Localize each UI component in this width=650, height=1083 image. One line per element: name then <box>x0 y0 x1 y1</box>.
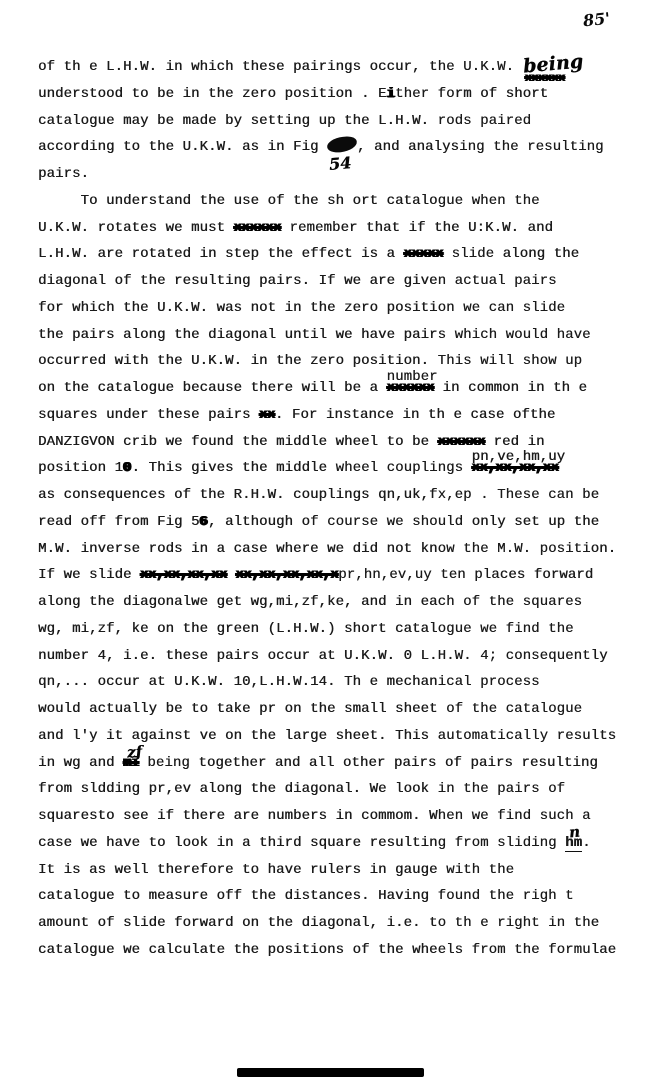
typed-text: It is as well therefore to have rulers i… <box>38 862 514 878</box>
text-line: for which the U.K.W. was not in the zero… <box>38 295 623 322</box>
typed-text: the pairs along the diagonal until we ha… <box>38 327 591 343</box>
text-line: amount of slide forward on the diagonal,… <box>38 910 623 937</box>
struck-out-text: xx <box>259 407 275 423</box>
text-line: squares under these pairs xx. For instan… <box>38 402 623 429</box>
handwritten-annotation: 54 <box>328 155 352 173</box>
typed-text: If we slide <box>38 567 140 583</box>
typed-text: squaresto see if there are numbers in co… <box>38 808 591 824</box>
struck-out-text: xxxxx <box>404 246 444 262</box>
corrected-text: 54 <box>327 134 357 161</box>
typed-text: pr,hn,ev,uy ten places forward <box>338 567 593 583</box>
scanned-document-page: { "page": { "number": "85'" }, "doc": { … <box>0 0 650 1083</box>
typed-text: according to the U.K.W. as in Fig <box>38 139 327 155</box>
typed-text-block: of th e L.H.W. in which these pairings o… <box>38 54 623 964</box>
typed-text: . <box>582 835 591 851</box>
typed-text: from sldding pr,ev along the diagonal. W… <box>38 781 565 797</box>
typed-text: amount of slide forward on the diagonal,… <box>38 915 599 931</box>
text-line: squaresto see if there are numbers in co… <box>38 803 623 830</box>
typed-text: . This gives the middle wheel couplings <box>132 460 472 476</box>
typed-text: catalogue we calculate the positions of … <box>38 942 616 958</box>
text-line: in wg and mizf being together and all ot… <box>38 750 623 777</box>
handwritten-annotation: zf <box>126 744 142 760</box>
typed-text: being together and all other pairs of pa… <box>139 755 598 771</box>
struck-out-text: xxxxxx <box>234 220 281 236</box>
typed-text: on the catalogue because there will be a <box>38 380 387 396</box>
text-line: U.K.W. rotates we must xxxxxx remember t… <box>38 215 623 242</box>
text-line: wg, mi,zf, ke on the green (L.H.W.) shor… <box>38 616 623 643</box>
typed-text: U.K.W. rotates we must <box>38 220 234 236</box>
typed-text: wg, mi,zf, ke on the green (L.H.W.) shor… <box>38 621 574 637</box>
typed-text: and l'y it against ve on the large sheet… <box>38 728 616 744</box>
text-line: L.H.W. are rotated in step the effect is… <box>38 241 623 268</box>
text-line: from sldding pr,ev along the diagonal. W… <box>38 776 623 803</box>
typed-text: M.W. inverse rods in a case where we did… <box>38 541 616 557</box>
struck-out-text: xx,xx,xx,xx <box>140 567 227 583</box>
typed-text: catalogue to measure off the distances. … <box>38 888 574 904</box>
typed-text: To understand the use of the sh ort cata… <box>38 193 540 209</box>
typed-text: diagonal of the resulting pairs. If we a… <box>38 273 557 289</box>
corrected-text: xxxxxxnumber <box>387 375 434 402</box>
text-line: qn,... occur at U.K.W. 10,L.H.W.14. Th e… <box>38 669 623 696</box>
typed-text: catalogue may be made by setting up the … <box>38 113 531 129</box>
text-line: catalogue may be made by setting up the … <box>38 108 623 135</box>
text-line: M.W. inverse rods in a case where we did… <box>38 536 623 563</box>
corrected-text: mizf <box>123 750 139 777</box>
typed-text: pairs. <box>38 166 89 182</box>
typed-text: position 1 <box>38 460 123 476</box>
text-line: number 4, i.e. these pairs occur at U.K.… <box>38 643 623 670</box>
typed-text: qn,... occur at U.K.W. 10,L.H.W.14. Th e… <box>38 674 540 690</box>
overtyped-character: 6 <box>200 514 209 530</box>
text-line: If we slide xx,xx,xx,xx xx,xx,xx,xx,xpr,… <box>38 562 623 589</box>
typed-text: slide along the <box>443 246 579 262</box>
overtyped-character: 0 <box>123 460 132 476</box>
text-line: of th e L.H.W. in which these pairings o… <box>38 54 623 81</box>
scan-artifact-bar <box>237 1068 424 1077</box>
text-line: according to the U.K.W. as in Fig 54, an… <box>38 134 623 161</box>
text-line: To understand the use of the sh ort cata… <box>38 188 623 215</box>
text-line: would actually be to take pr on the smal… <box>38 696 623 723</box>
handwritten-page-number: 85' <box>582 9 611 31</box>
typed-text: read off from Fig 5 <box>38 514 200 530</box>
text-line: case we have to look in a third square r… <box>38 830 623 857</box>
text-line: along the diagonalwe get wg,mi,zf,ke, an… <box>38 589 623 616</box>
typed-text: of th e L.H.W. in which these pairings o… <box>38 59 523 75</box>
struck-out-text: xxxxxx <box>525 72 565 84</box>
struck-out-text: xxxxxx <box>438 434 485 450</box>
fig-scribble <box>326 135 358 154</box>
typed-text: number <box>387 370 438 384</box>
typed-text: ther form of short <box>395 86 548 102</box>
text-line: diagonal of the resulting pairs. If we a… <box>38 268 623 295</box>
text-line: read off from Fig 56, although of course… <box>38 509 623 536</box>
typed-text: case we have to look in a third square r… <box>38 835 565 851</box>
corrected-text: hmn <box>565 830 582 857</box>
typed-text: pn,ve,hm,uy <box>472 450 566 464</box>
typed-text: , although of course we should only set … <box>208 514 599 530</box>
typed-text: in common in th e <box>434 380 587 396</box>
overtyped-character: i <box>387 86 396 102</box>
typed-text: L.H.W. are rotated in step the effect is… <box>38 246 404 262</box>
typed-text: DANZIGVON crib we found the middle wheel… <box>38 434 438 450</box>
text-line: catalogue to measure off the distances. … <box>38 883 623 910</box>
typed-text: , and analysing the resulting <box>357 139 604 155</box>
handwritten-annotation: n <box>569 824 581 840</box>
text-line: position 10. This gives the middle wheel… <box>38 455 623 482</box>
typed-text: in wg and <box>38 755 123 771</box>
typed-text: squares under these pairs <box>38 407 259 423</box>
typed-text: remember that if the U:K.W. and <box>281 220 553 236</box>
text-line: as consequences of the R.H.W. couplings … <box>38 482 623 509</box>
text-line: It is as well therefore to have rulers i… <box>38 857 623 884</box>
typed-text: red in <box>485 434 545 450</box>
text-line: the pairs along the diagonal until we ha… <box>38 322 623 349</box>
struck-out-text: xx,xx,xx,xx,x <box>235 567 338 583</box>
text-line: occurred with the U.K.W. in the zero pos… <box>38 348 623 375</box>
corrected-text: beingxxxxxx <box>523 54 583 81</box>
typed-text: . For instance in th e case ofthe <box>275 407 556 423</box>
typed-text: occurred with the U.K.W. in the zero pos… <box>38 353 582 369</box>
typed-text: would actually be to take pr on the smal… <box>38 701 582 717</box>
typed-text: number 4, i.e. these pairs occur at U.K.… <box>38 648 608 664</box>
text-line: catalogue we calculate the positions of … <box>38 937 623 964</box>
typed-text: as consequences of the R.H.W. couplings … <box>38 487 599 503</box>
corrected-text: xx,xx,xx,xxpn,ve,hm,uy <box>472 455 559 482</box>
typed-text: understood to be in the zero position . … <box>38 86 387 102</box>
typed-text: for which the U.K.W. was not in the zero… <box>38 300 565 316</box>
typed-text: along the diagonalwe get wg,mi,zf,ke, an… <box>38 594 582 610</box>
text-line: on the catalogue because there will be a… <box>38 375 623 402</box>
